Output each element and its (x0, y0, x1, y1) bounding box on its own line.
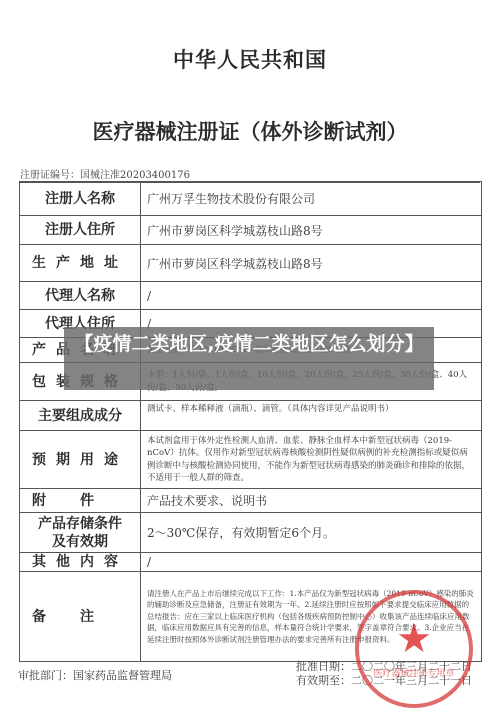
row-label: 注册人住所 (20, 216, 141, 245)
country-title: 中华人民共和国 (0, 44, 500, 74)
row-value: 广州市萝岗区科学城荔枝山路8号 (141, 216, 482, 245)
table-row: 其他内容 / (20, 553, 482, 572)
approval-department: 审批部门：国家药品监督管理局 (18, 667, 172, 683)
row-label: 主要组成成分 (20, 401, 141, 431)
row-label: 附件 (20, 489, 141, 513)
row-value: / (141, 282, 482, 310)
row-label: 预期用途 (20, 431, 141, 489)
table-row: 注册人名称 广州万孚生物技术股份有限公司 (20, 182, 482, 216)
registration-number-value: 国械注准20203400176 (80, 170, 190, 181)
headline-overlay: 【疫情二类地区,疫情二类地区怎么划分】 (64, 327, 434, 390)
seal-text: 医疗器械注册专用章 (359, 666, 469, 679)
table-row: 产品存储条件及有效期 2～30℃保存，有效期暂定6个月。 (20, 513, 482, 553)
star-icon: ★ (359, 616, 469, 662)
table-row: 预期用途 本试剂盒用于体外定性检测人血清、血浆、静脉全血样本中新型冠状病毒（20… (20, 431, 482, 489)
official-seal: ★ 医疗器械注册专用章 (355, 590, 473, 708)
row-label: 备注 (20, 572, 141, 662)
document-title: 医疗器械注册证（体外诊断试剂） (0, 116, 500, 146)
row-value: 2～30℃保存，有效期暂定6个月。 (141, 513, 482, 553)
table-row: 注册人住所 广州市萝岗区科学城荔枝山路8号 (20, 216, 482, 245)
table-row: 生产地址 广州市萝岗区科学城荔枝山路8号 (20, 245, 482, 282)
row-value: 广州万孚生物技术股份有限公司 (141, 182, 482, 216)
row-value: 本试剂盒用于体外定性检测人血清、血浆、静脉全血样本中新型冠状病毒（2019-nC… (141, 431, 482, 489)
table-row: 主要组成成分 测试卡、样本稀释液（滴瓶）、滴管。（具体内容详见产品说明书） (20, 401, 482, 431)
row-label: 其他内容 (20, 553, 141, 572)
row-value: 广州市萝岗区科学城荔枝山路8号 (141, 245, 482, 282)
row-label: 注册人名称 (20, 182, 141, 216)
row-label: 生产地址 (20, 245, 141, 282)
row-value: 产品技术要求、说明书 (141, 489, 482, 513)
row-label: 产品存储条件及有效期 (20, 513, 141, 553)
registration-number-label: 注册证编号： (20, 170, 80, 181)
row-value: 测试卡、样本稀释液（滴瓶）、滴管。（具体内容详见产品说明书） (141, 401, 482, 431)
row-value: / (141, 553, 482, 572)
row-label: 代理人名称 (20, 282, 141, 310)
table-row: 附件 产品技术要求、说明书 (20, 489, 482, 513)
table-row: 代理人名称 / (20, 282, 482, 310)
